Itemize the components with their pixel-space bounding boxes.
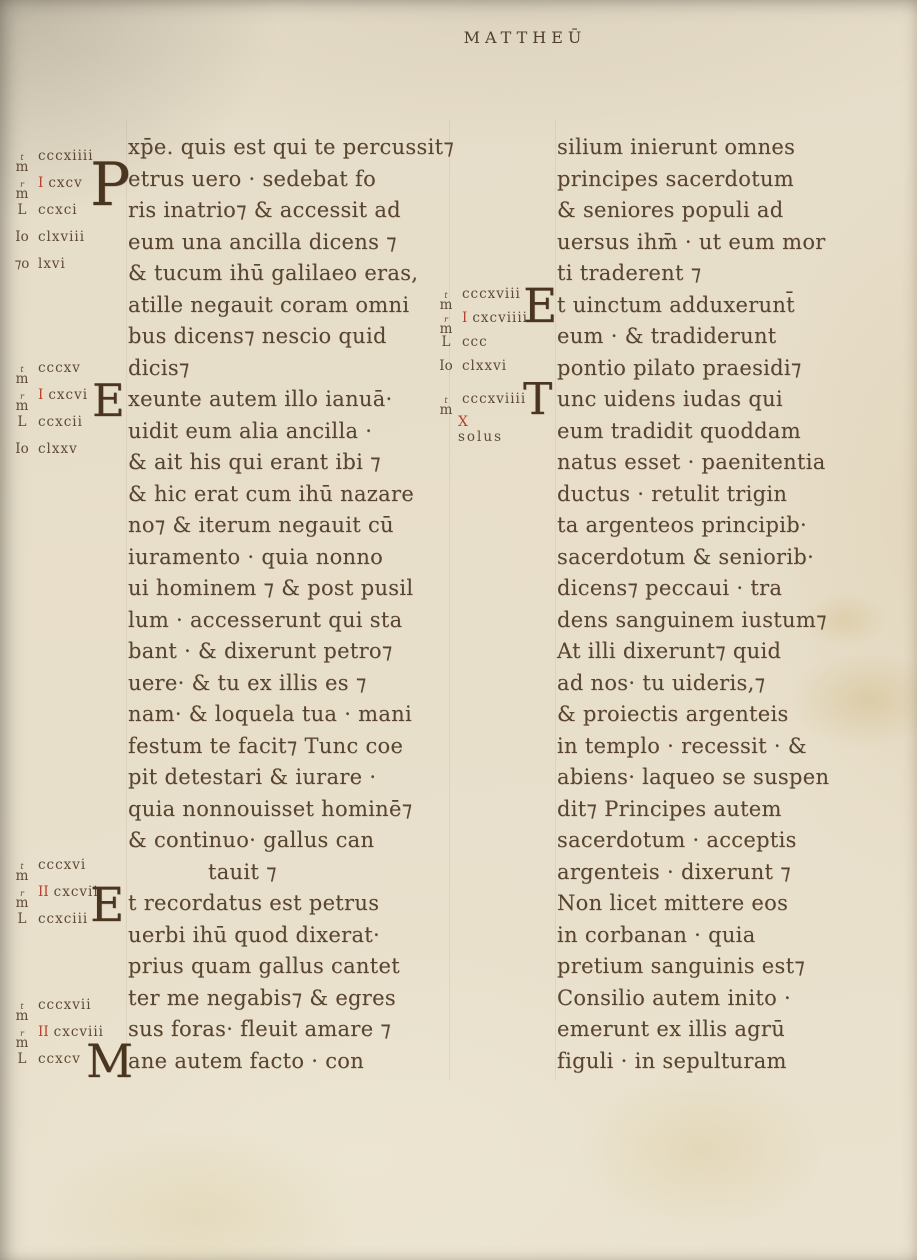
- gospel-siglum-mark: rm: [14, 181, 30, 202]
- text-line: festum te facit⁊ Tunc coe: [128, 731, 458, 763]
- text-column-right: E T silium inierunt omnesprincipes sacer…: [557, 132, 912, 1077]
- text-line: ti traderent ⁊: [557, 258, 912, 290]
- canon-numeral: I: [38, 387, 43, 403]
- text-line: & ait his qui erant ibi ⁊: [128, 447, 458, 479]
- section-number: cccxviii: [462, 286, 521, 302]
- dropcap-initial-e: E: [92, 378, 125, 423]
- gospel-siglum-matthew: tm: [14, 1003, 30, 1024]
- text-line: Consilio autem inito ·: [557, 983, 912, 1015]
- section-number: lxvi: [38, 256, 66, 272]
- canon-row: Lccxciii: [14, 911, 99, 938]
- dropcap-initial-e: E: [523, 283, 557, 330]
- dropcap-initial-p: P: [90, 155, 130, 215]
- text-line: bus dicens⁊ nescio quid: [128, 321, 458, 353]
- canon-reference-group-2: tmcccxv rmIcxcvi Lccxcii Ioclxxv: [14, 360, 88, 468]
- section-number: ccxcv: [38, 1051, 81, 1067]
- gospel-siglum-john: Io: [14, 231, 30, 245]
- text-line: & seniores populi ad: [557, 195, 912, 227]
- text-line: unc uidens iudas qui: [557, 384, 912, 416]
- gospel-siglum-luke: L: [14, 416, 30, 430]
- section-number: cccxv: [38, 360, 81, 376]
- text-line: uere· & tu ex illis es ⁊: [128, 668, 458, 700]
- text-line: in corbanan · quia: [557, 920, 912, 952]
- text-line: & continuo· gallus can: [128, 825, 458, 857]
- section-number: cxcv: [48, 175, 82, 191]
- text-line: & hic erat cum ihū nazare: [128, 479, 458, 511]
- text-line: quia nonnouisset hominē⁊: [128, 794, 458, 826]
- gospel-siglum-luke: L: [14, 204, 30, 218]
- canon-row: rmIcxcv: [14, 175, 94, 202]
- section-number: clxxv: [38, 441, 78, 457]
- canon-row: Ioclxxv: [14, 441, 88, 468]
- dropcap-initial-t: T: [523, 378, 552, 422]
- gospel-siglum-john: Io: [14, 443, 30, 457]
- section-number: ccxci: [38, 202, 78, 218]
- text-line: tauit ⁊: [128, 857, 458, 889]
- text-line: pit detestari & iurare ·: [128, 762, 458, 794]
- gospel-siglum: ⁊o: [14, 258, 30, 272]
- canon-row: rmIIcxcvii: [14, 884, 99, 911]
- text-line: no⁊ & iterum negauit cū: [128, 510, 458, 542]
- text-lines-right: silium inierunt omnesprincipes sacerdotu…: [557, 132, 912, 1077]
- text-line: iuramento · quia nonno: [128, 542, 458, 574]
- text-line: Non licet mittere eos: [557, 888, 912, 920]
- section-number: ccxciii: [38, 911, 88, 927]
- section-number: ccxcii: [38, 414, 83, 430]
- text-line: t recordatus est petrus: [128, 888, 458, 920]
- manuscript-page: MATTHEŪ tmcccxiiii rmIcxcv Lccxci Ioclxv…: [0, 0, 917, 1260]
- gospel-siglum-matthew: tm: [14, 863, 30, 884]
- gospel-siglum-mark: rm: [14, 1030, 30, 1051]
- text-line: eum · & tradiderunt: [557, 321, 912, 353]
- text-line: At illi dixerunt⁊ quid: [557, 636, 912, 668]
- text-line: nam· & loquela tua · mani: [128, 699, 458, 731]
- text-line: eum una ancilla dicens ⁊: [128, 227, 458, 259]
- text-line: pretium sanguinis est⁊: [557, 951, 912, 983]
- section-number: clxviii: [38, 229, 85, 245]
- text-line: in templo · recessit · &: [557, 731, 912, 763]
- text-column-left: P E E M xp̄e. quis est qui te percussit⁊…: [128, 132, 458, 1077]
- text-line: dicens⁊ peccaui · tra: [557, 573, 912, 605]
- canon-numeral: I: [462, 310, 467, 326]
- canon-row: tmcccxvi: [14, 857, 99, 884]
- section-number: ccc: [462, 334, 488, 350]
- text-line: uidit eum alia ancilla ·: [128, 416, 458, 448]
- gospel-siglum-luke: L: [14, 913, 30, 927]
- text-line: eum tradidit quoddam: [557, 416, 912, 448]
- text-line: natus esset · paenitentia: [557, 447, 912, 479]
- text-lines-left: xp̄e. quis est qui te percussit⁊etrus ue…: [128, 132, 458, 1077]
- canon-row: Lccxcii: [14, 414, 88, 441]
- text-line: ta argenteos principib·: [557, 510, 912, 542]
- canon-numeral-x: X: [458, 415, 468, 430]
- section-number: cxcvi: [48, 387, 88, 403]
- text-line: & tucum ihū galilaeo eras,: [128, 258, 458, 290]
- text-line: principes sacerdotum: [557, 164, 912, 196]
- text-line: etrus uero · sedebat fo: [128, 164, 458, 196]
- text-line: ter me negabis⁊ & egres: [128, 983, 458, 1015]
- section-number: cccxvii: [38, 997, 92, 1013]
- text-line: dit⁊ Principes autem: [557, 794, 912, 826]
- text-line: ane autem facto · con: [128, 1046, 458, 1078]
- text-line: dicis⁊: [128, 353, 458, 385]
- text-line: ui hominem ⁊ & post pusil: [128, 573, 458, 605]
- text-line: xeunte autem illo ianuā·: [128, 384, 458, 416]
- text-line: sus foras· fleuit amare ⁊: [128, 1014, 458, 1046]
- gospel-siglum-matthew: tm: [14, 366, 30, 387]
- gospel-siglum-mark: rm: [14, 393, 30, 414]
- text-line: t uinctum adduxerunt̄: [557, 290, 912, 322]
- canon-row: tmcccxv: [14, 360, 88, 387]
- text-line: atille negauit coram omni: [128, 290, 458, 322]
- section-number: cccxiiii: [38, 148, 94, 164]
- gospel-siglum-luke: L: [14, 1053, 30, 1067]
- section-number: cccxvi: [38, 857, 86, 873]
- text-line: ad nos· tu uideris,⁊: [557, 668, 912, 700]
- ruling-line: [126, 120, 127, 1080]
- section-number: cxcviiii: [472, 310, 528, 326]
- text-line: sacerdotum & seniorib·: [557, 542, 912, 574]
- section-number: clxxvi: [462, 358, 507, 374]
- text-line: ductus · retulit trigin: [557, 479, 912, 511]
- text-line: lum · accesserunt qui sta: [128, 605, 458, 637]
- section-number: cccxviiii: [462, 391, 526, 407]
- canon-numeral: II: [38, 884, 49, 900]
- text-line: xp̄e. quis est qui te percussit⁊: [128, 132, 458, 164]
- text-line: & proiectis argenteis: [557, 699, 912, 731]
- text-line: emerunt ex illis agrū: [557, 1014, 912, 1046]
- canon-reference-group-3: tmcccxvi rmIIcxcvii Lccxciii: [14, 857, 99, 938]
- canon-reference-group-1: tmcccxiiii rmIcxcv Lccxci Ioclxviii ⁊olx…: [14, 148, 94, 283]
- text-line: figuli · in sepulturam: [557, 1046, 912, 1078]
- text-line: abiens· laqueo se suspen: [557, 762, 912, 794]
- text-line: uersus ihm̄ · ut eum mor: [557, 227, 912, 259]
- text-line: pontio pilato praesidi⁊: [557, 353, 912, 385]
- canon-row: rmIcxcvi: [14, 387, 88, 414]
- dropcap-initial-e: E: [90, 882, 124, 929]
- canon-row: tmcccxvii: [14, 997, 104, 1024]
- canon-row: tmcccxiiii: [14, 148, 94, 175]
- text-line: prius quam gallus cantet: [128, 951, 458, 983]
- canon-row: ⁊olxvi: [14, 256, 94, 283]
- canon-row: Ioclxviii: [14, 229, 94, 256]
- text-line: argenteis · dixerunt ⁊: [557, 857, 912, 889]
- gospel-siglum-matthew: tm: [14, 154, 30, 175]
- text-line: bant · & dixerunt petro⁊: [128, 636, 458, 668]
- canon-numeral: II: [38, 1024, 49, 1040]
- dropcap-initial-m: M: [86, 1038, 133, 1084]
- canon-row: Lccxci: [14, 202, 94, 229]
- text-line: dens sanguinem iustum⁊: [557, 605, 912, 637]
- text-line: ris inatrio⁊ & accessit ad: [128, 195, 458, 227]
- solus-label: solus: [458, 430, 503, 445]
- running-title: MATTHEŪ: [464, 28, 587, 47]
- ruling-line: [555, 120, 556, 1080]
- text-line: uerbi ihū quod dixerat·: [128, 920, 458, 952]
- gospel-siglum-mark: rm: [14, 890, 30, 911]
- text-line: silium inierunt omnes: [557, 132, 912, 164]
- text-line: sacerdotum · acceptis: [557, 825, 912, 857]
- canon-numeral: I: [38, 175, 43, 191]
